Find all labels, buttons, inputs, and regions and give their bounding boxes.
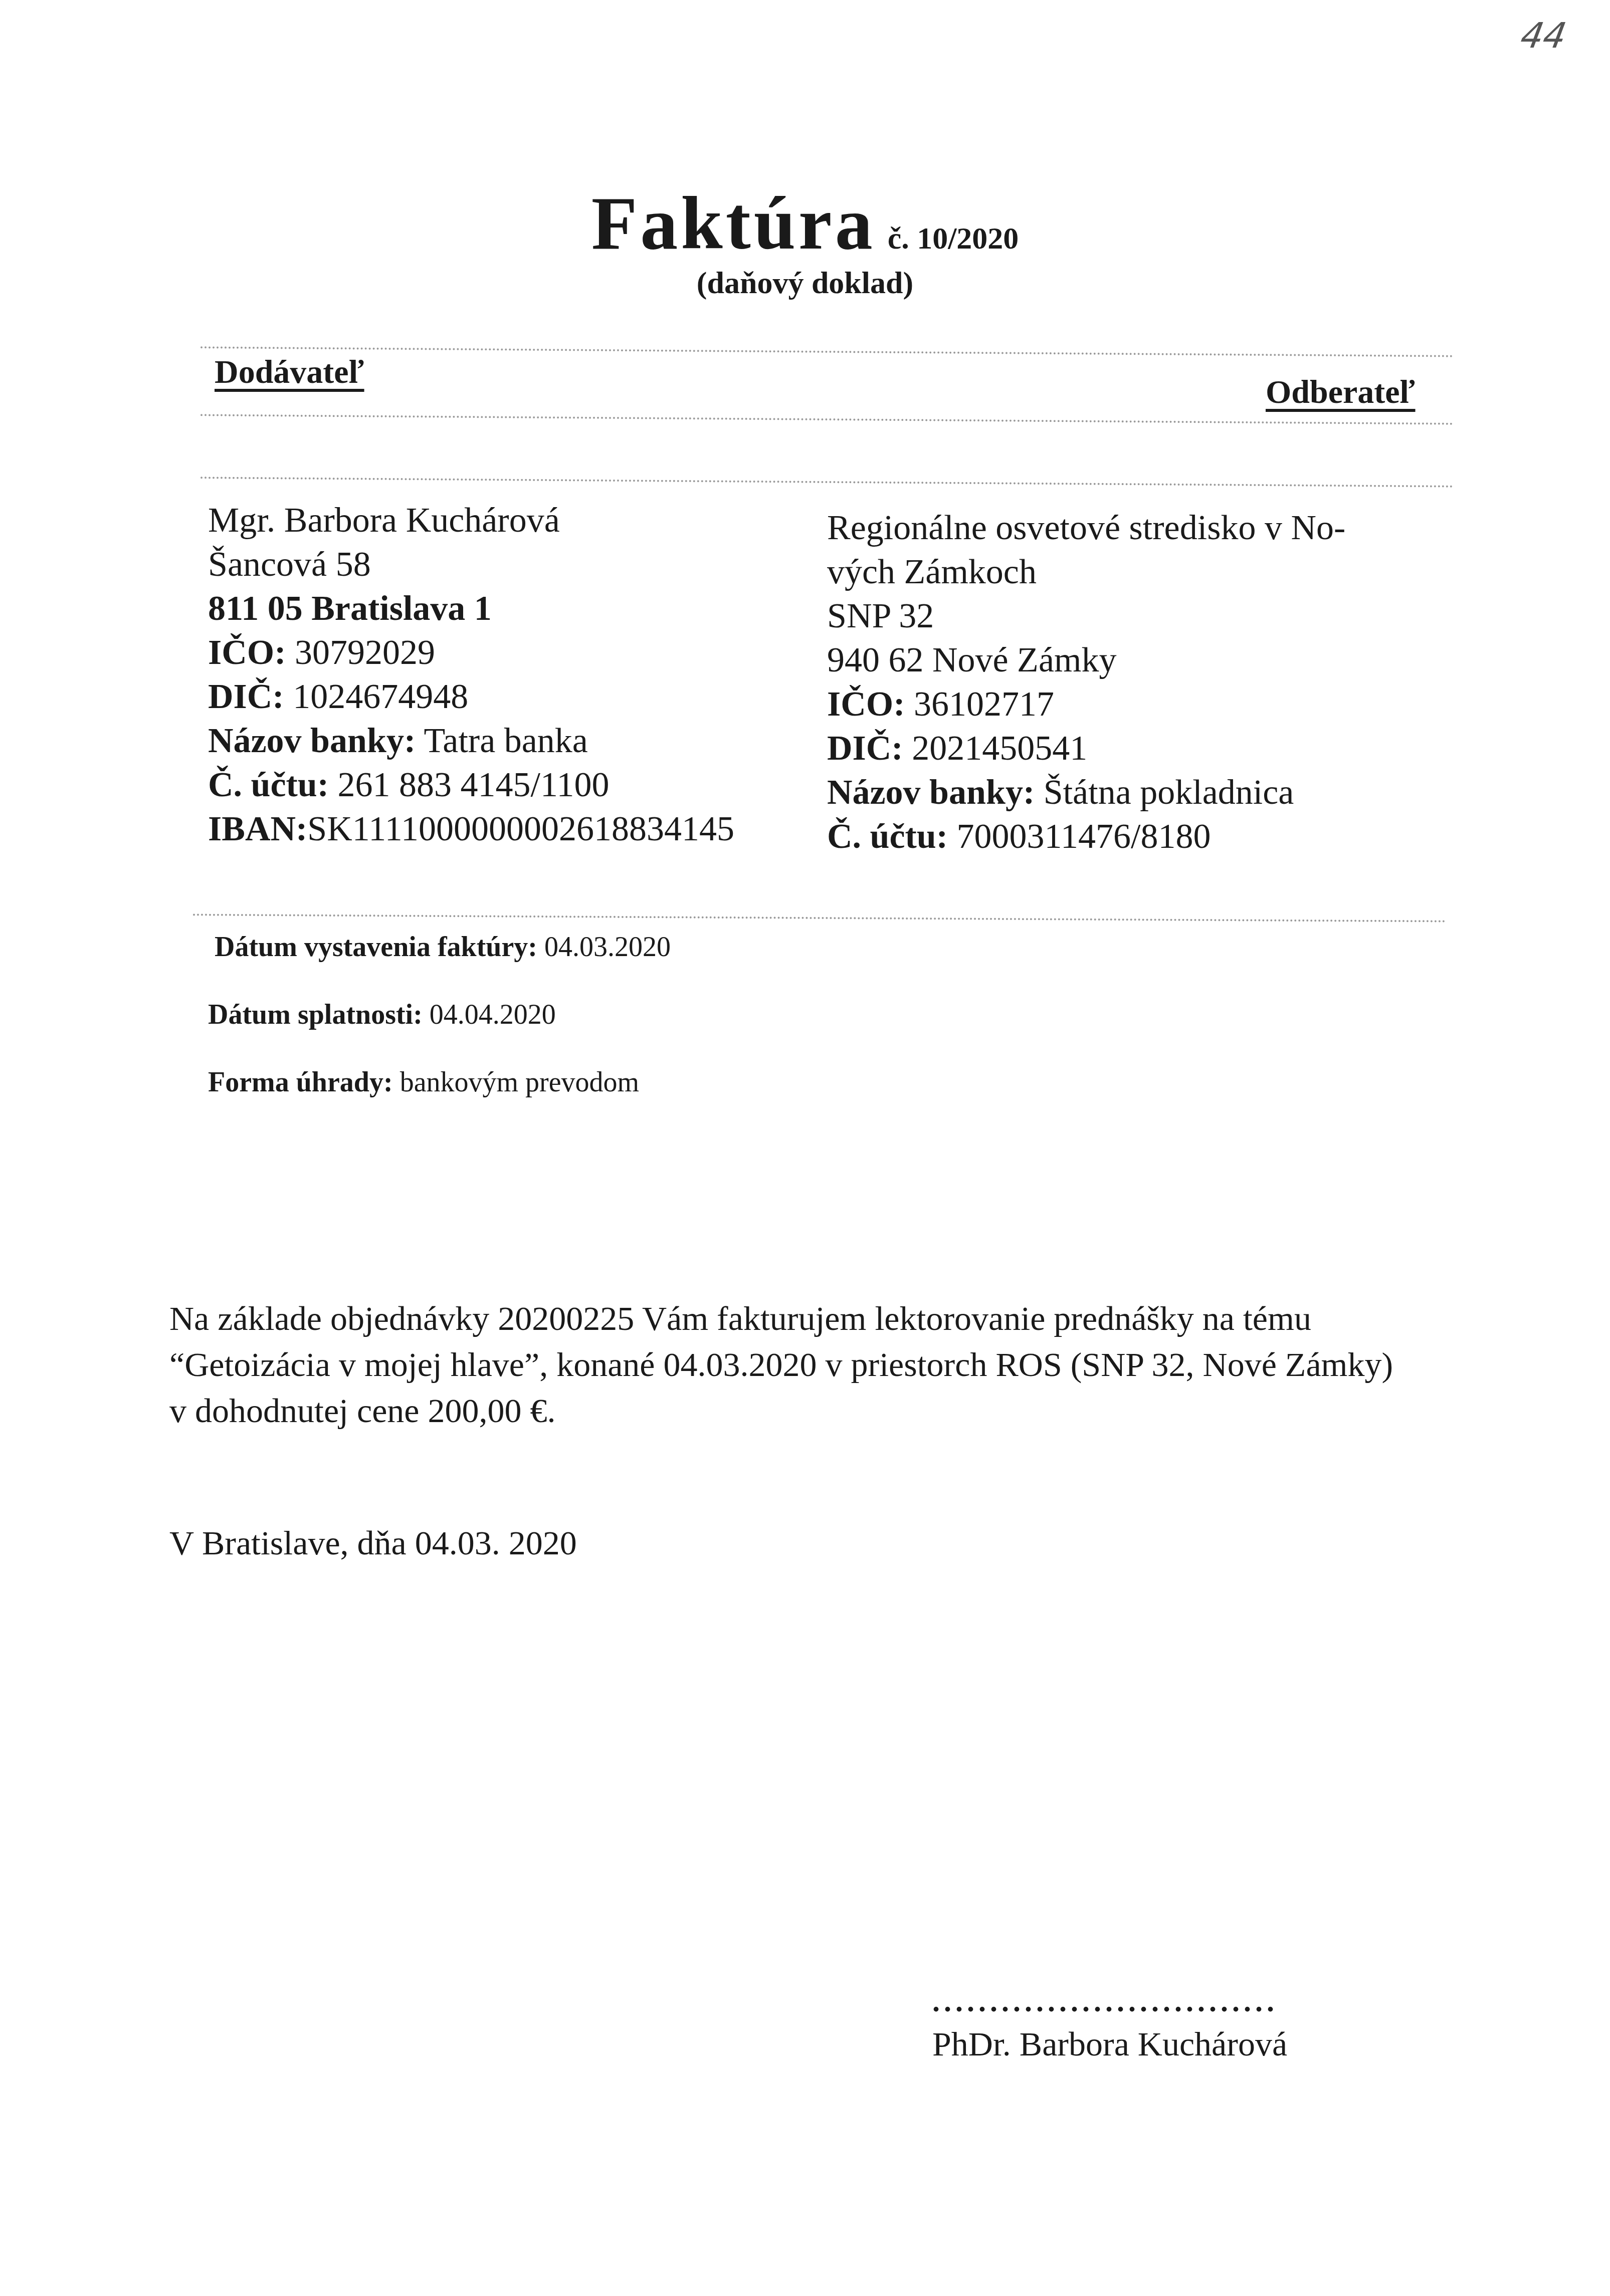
customer-bank: Názov banky: Štátna pokladnica — [827, 771, 1345, 815]
customer-name-line2: vých Zámkoch — [827, 550, 1345, 594]
supplier-street: Šancová 58 — [208, 543, 734, 587]
invoice-number: č. 10/2020 — [888, 221, 1019, 256]
invoice-body-text: Na základe objednávky 20200225 Vám faktu… — [169, 1295, 1413, 1434]
supplier-ico: IČO: 30792029 — [208, 631, 734, 675]
payment-method: Forma úhrady: bankovým prevodom — [208, 1065, 639, 1100]
supplier-dic: DIČ: 1024674948 — [208, 675, 734, 719]
customer-block: Regionálne osvetové stredisko v No- vých… — [827, 506, 1345, 859]
title-text: Faktúra — [591, 182, 876, 265]
invoice-title: Faktúrač. 10/2020 — [0, 180, 1610, 267]
divider — [193, 913, 1446, 922]
supplier-bank: Názov banky: Tatra banka — [208, 719, 734, 763]
supplier-heading: Dodávateľ — [215, 353, 364, 391]
customer-ico: IČO: 36102717 — [827, 682, 1345, 727]
divider — [200, 346, 1454, 357]
divider — [200, 414, 1454, 424]
supplier-name: Mgr. Barbora Kuchárová — [208, 499, 734, 543]
supplier-city: 811 05 Bratislava 1 — [208, 587, 734, 631]
customer-account: Č. účtu: 7000311476/8180 — [827, 815, 1345, 859]
issue-date: Dátum vystavenia faktúry: 04.03.2020 — [215, 930, 671, 965]
customer-name-line1: Regionálne osvetové stredisko v No- — [827, 506, 1345, 550]
handwritten-page-number: 44 — [1518, 15, 1570, 56]
signature-name: PhDr. Barbora Kuchárová — [932, 2024, 1287, 2064]
signature-line: .............................. — [932, 1984, 1278, 2019]
customer-dic: DIČ: 2021450541 — [827, 727, 1345, 771]
place-and-date: V Bratislave, dňa 04.03. 2020 — [169, 1523, 577, 1563]
invoice-subtitle: (daňový doklad) — [0, 266, 1610, 301]
due-date: Dátum splatnosti: 04.04.2020 — [208, 997, 556, 1032]
customer-heading: Odberateľ — [1266, 373, 1416, 411]
customer-street: SNP 32 — [827, 594, 1345, 638]
supplier-iban: IBAN:SK1111000000002618834145 — [208, 807, 734, 851]
divider — [200, 477, 1454, 487]
supplier-account: Č. účtu: 261 883 4145/1100 — [208, 763, 734, 807]
supplier-block: Mgr. Barbora Kuchárová Šancová 58 811 05… — [208, 499, 734, 851]
customer-city: 940 62 Nové Zámky — [827, 638, 1345, 682]
